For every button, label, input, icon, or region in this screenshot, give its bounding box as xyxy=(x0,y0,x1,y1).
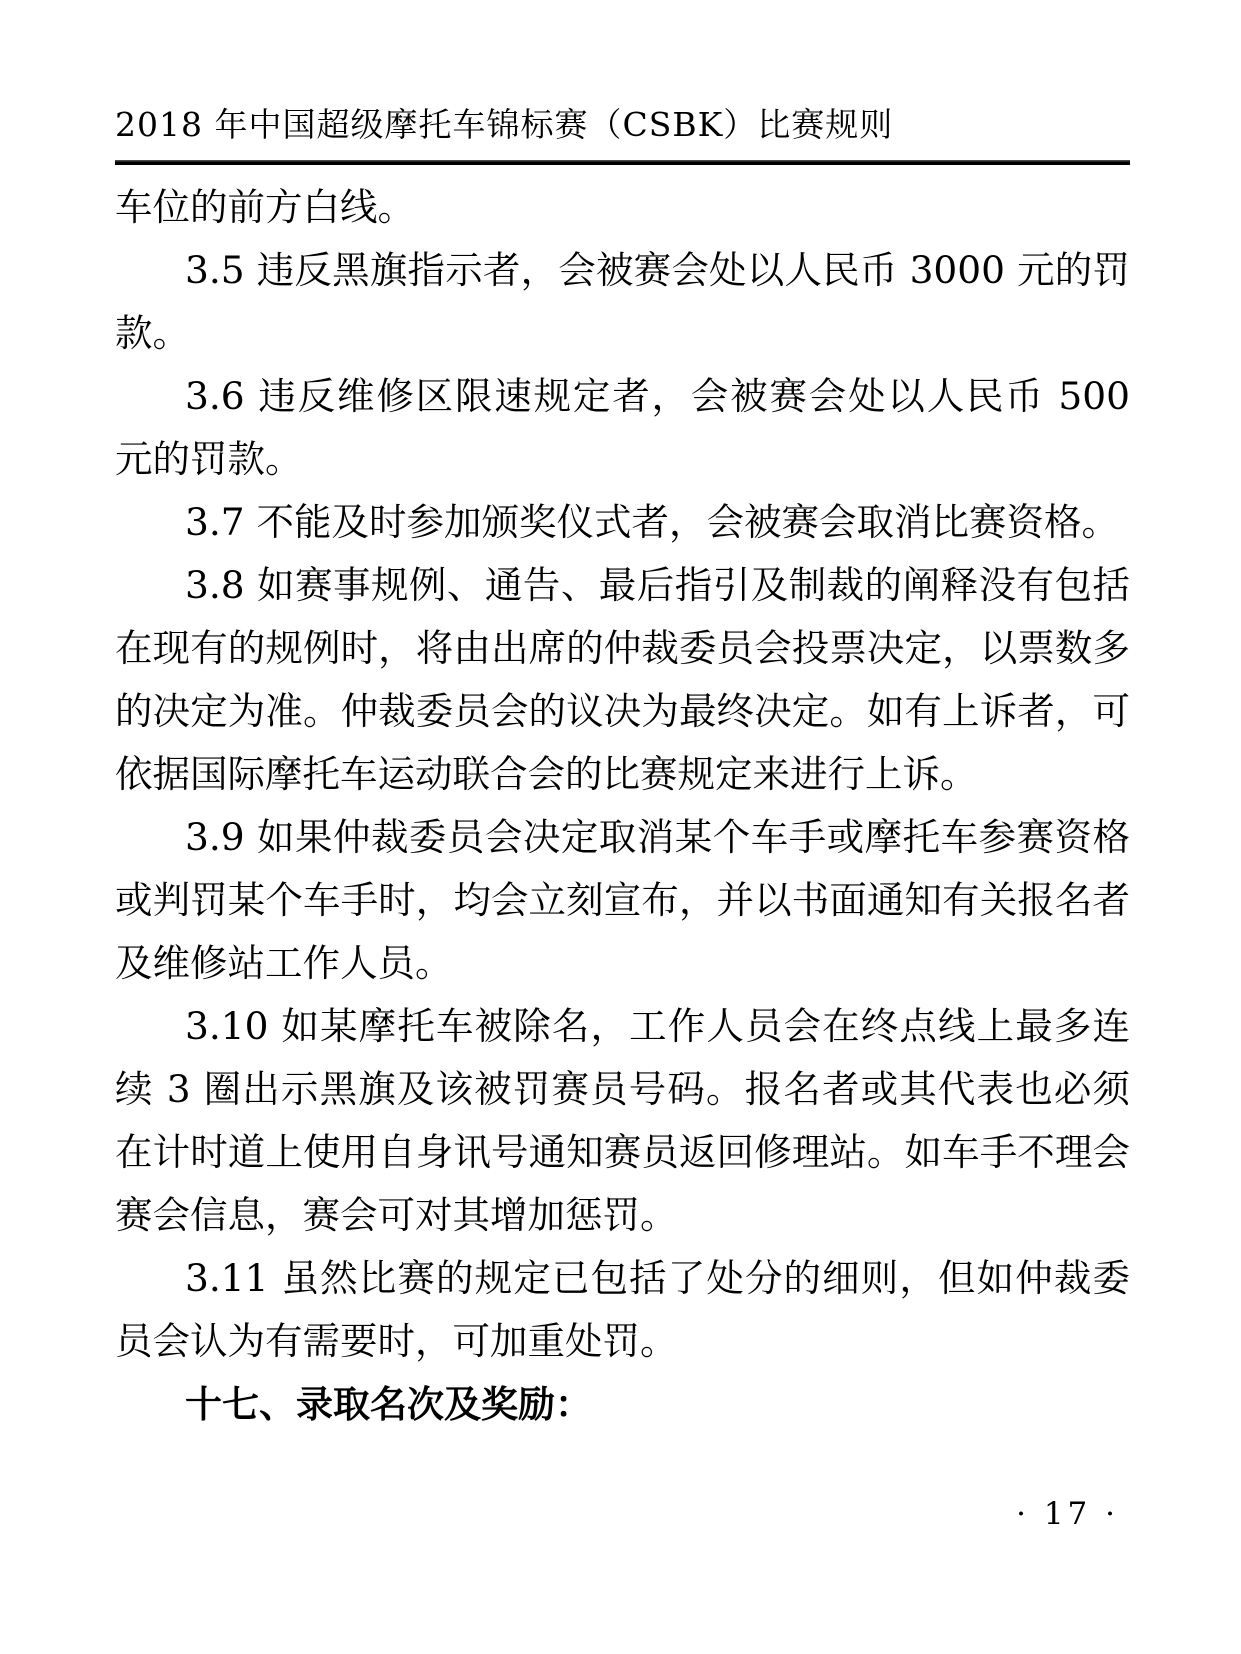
paragraph-rule-3-6: 3.6 违反维修区限速规定者，会被赛会处以人民币 500 元的罚款。 xyxy=(115,365,1130,491)
paragraph-rule-3-9: 3.9 如果仲裁委员会决定取消某个车手或摩托车参赛资格或判罚某个车手时，均会立刻… xyxy=(115,806,1130,995)
document-page: 2018 年中国超级摩托车锦标赛（CSBK）比赛规则 车位的前方白线。 3.5 … xyxy=(0,0,1241,1654)
paragraph-rule-3-5: 3.5 违反黑旗指示者，会被赛会处以人民币 3000 元的罚款。 xyxy=(115,239,1130,365)
paragraph-rule-3-8: 3.8 如赛事规例、通告、最后指引及制裁的阐释没有包括在现有的规例时，将由出席的… xyxy=(115,554,1130,806)
paragraph-rule-3-7: 3.7 不能及时参加颁奖仪式者，会被赛会取消比赛资格。 xyxy=(115,491,1130,554)
page-header: 2018 年中国超级摩托车锦标赛（CSBK）比赛规则 xyxy=(115,103,1130,165)
section-heading-17: 十七、录取名次及奖励： xyxy=(115,1373,1130,1436)
paragraph-rule-3-11: 3.11 虽然比赛的规定已包括了处分的细则，但如仲裁委员会认为有需要时，可加重处… xyxy=(115,1247,1130,1373)
header-rule-divider xyxy=(115,160,1130,165)
page-content: 2018 年中国超级摩托车锦标赛（CSBK）比赛规则 车位的前方白线。 3.5 … xyxy=(115,0,1130,1436)
document-body: 车位的前方白线。 3.5 违反黑旗指示者，会被赛会处以人民币 3000 元的罚款… xyxy=(115,176,1130,1436)
page-title: 2018 年中国超级摩托车锦标赛（CSBK）比赛规则 xyxy=(115,103,1130,147)
paragraph-continuation: 车位的前方白线。 xyxy=(115,176,1130,239)
paragraph-rule-3-10: 3.10 如某摩托车被除名，工作人员会在终点线上最多连续 3 圈出示黑旗及该被罚… xyxy=(115,995,1130,1247)
page-number: · 17 · xyxy=(1016,1496,1119,1532)
